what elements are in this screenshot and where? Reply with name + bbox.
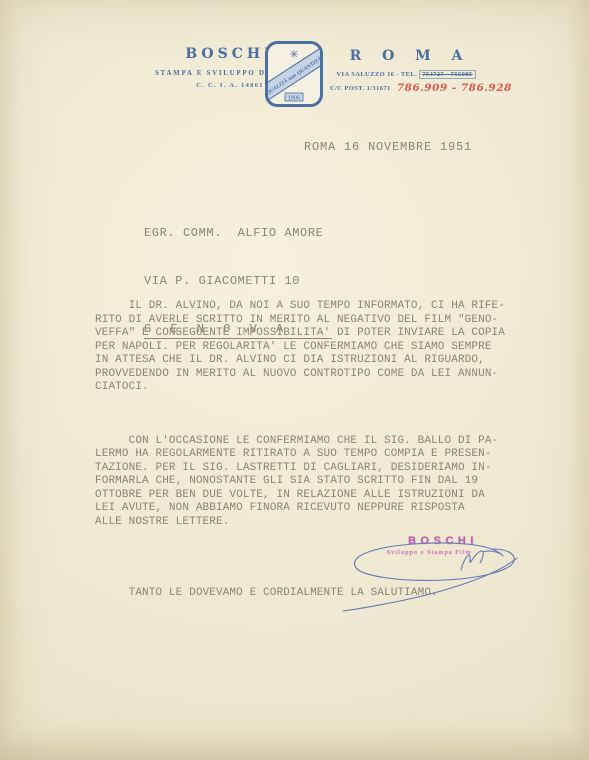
postal-account-label: C/C POST. 1/31671: [330, 85, 391, 92]
new-phone-numbers: 786.909 - 786.928: [397, 82, 512, 94]
badge-year: 1906: [288, 95, 300, 101]
address-tel-label: VIA SALUZZO 16 - TEL.: [336, 71, 417, 78]
postal-line: C/C POST. 1/31671 786.909 - 786.928: [330, 82, 482, 94]
badge-icon: QUALITÀ non QUANTITÀ ✳ 1906: [265, 41, 323, 107]
address-phone-line: VIA SALUZZO 16 - TEL. 754727 - 755085: [330, 71, 482, 78]
body-paragraph-2: CON L'OCCASIONE LE CONFERMIAMO CHE IL SI…: [95, 435, 515, 530]
body-paragraph-1: IL DR. ALVINO, DA NOI A SUO TEMPO INFORM…: [95, 300, 515, 395]
badge-star-icon: ✳: [289, 49, 298, 61]
handwritten-signature: [335, 540, 530, 620]
company-city: R O M A: [330, 48, 482, 64]
old-phone-numbers: 754727 - 755085: [419, 70, 475, 79]
letterhead-right: R O M A VIA SALUZZO 16 - TEL. 754727 - 7…: [330, 48, 482, 94]
recipient-name: EGR. COMM. ALFIO AMORE: [144, 225, 332, 241]
company-logo-badge: QUALITÀ non QUANTITÀ ✳ 1906: [265, 41, 323, 112]
scanned-letter: BOSCHI STAMPA E SVILUPPO DEI FILM C. C. …: [0, 0, 589, 760]
date-line: ROMA 16 NOVEMBRE 1951: [304, 140, 472, 154]
